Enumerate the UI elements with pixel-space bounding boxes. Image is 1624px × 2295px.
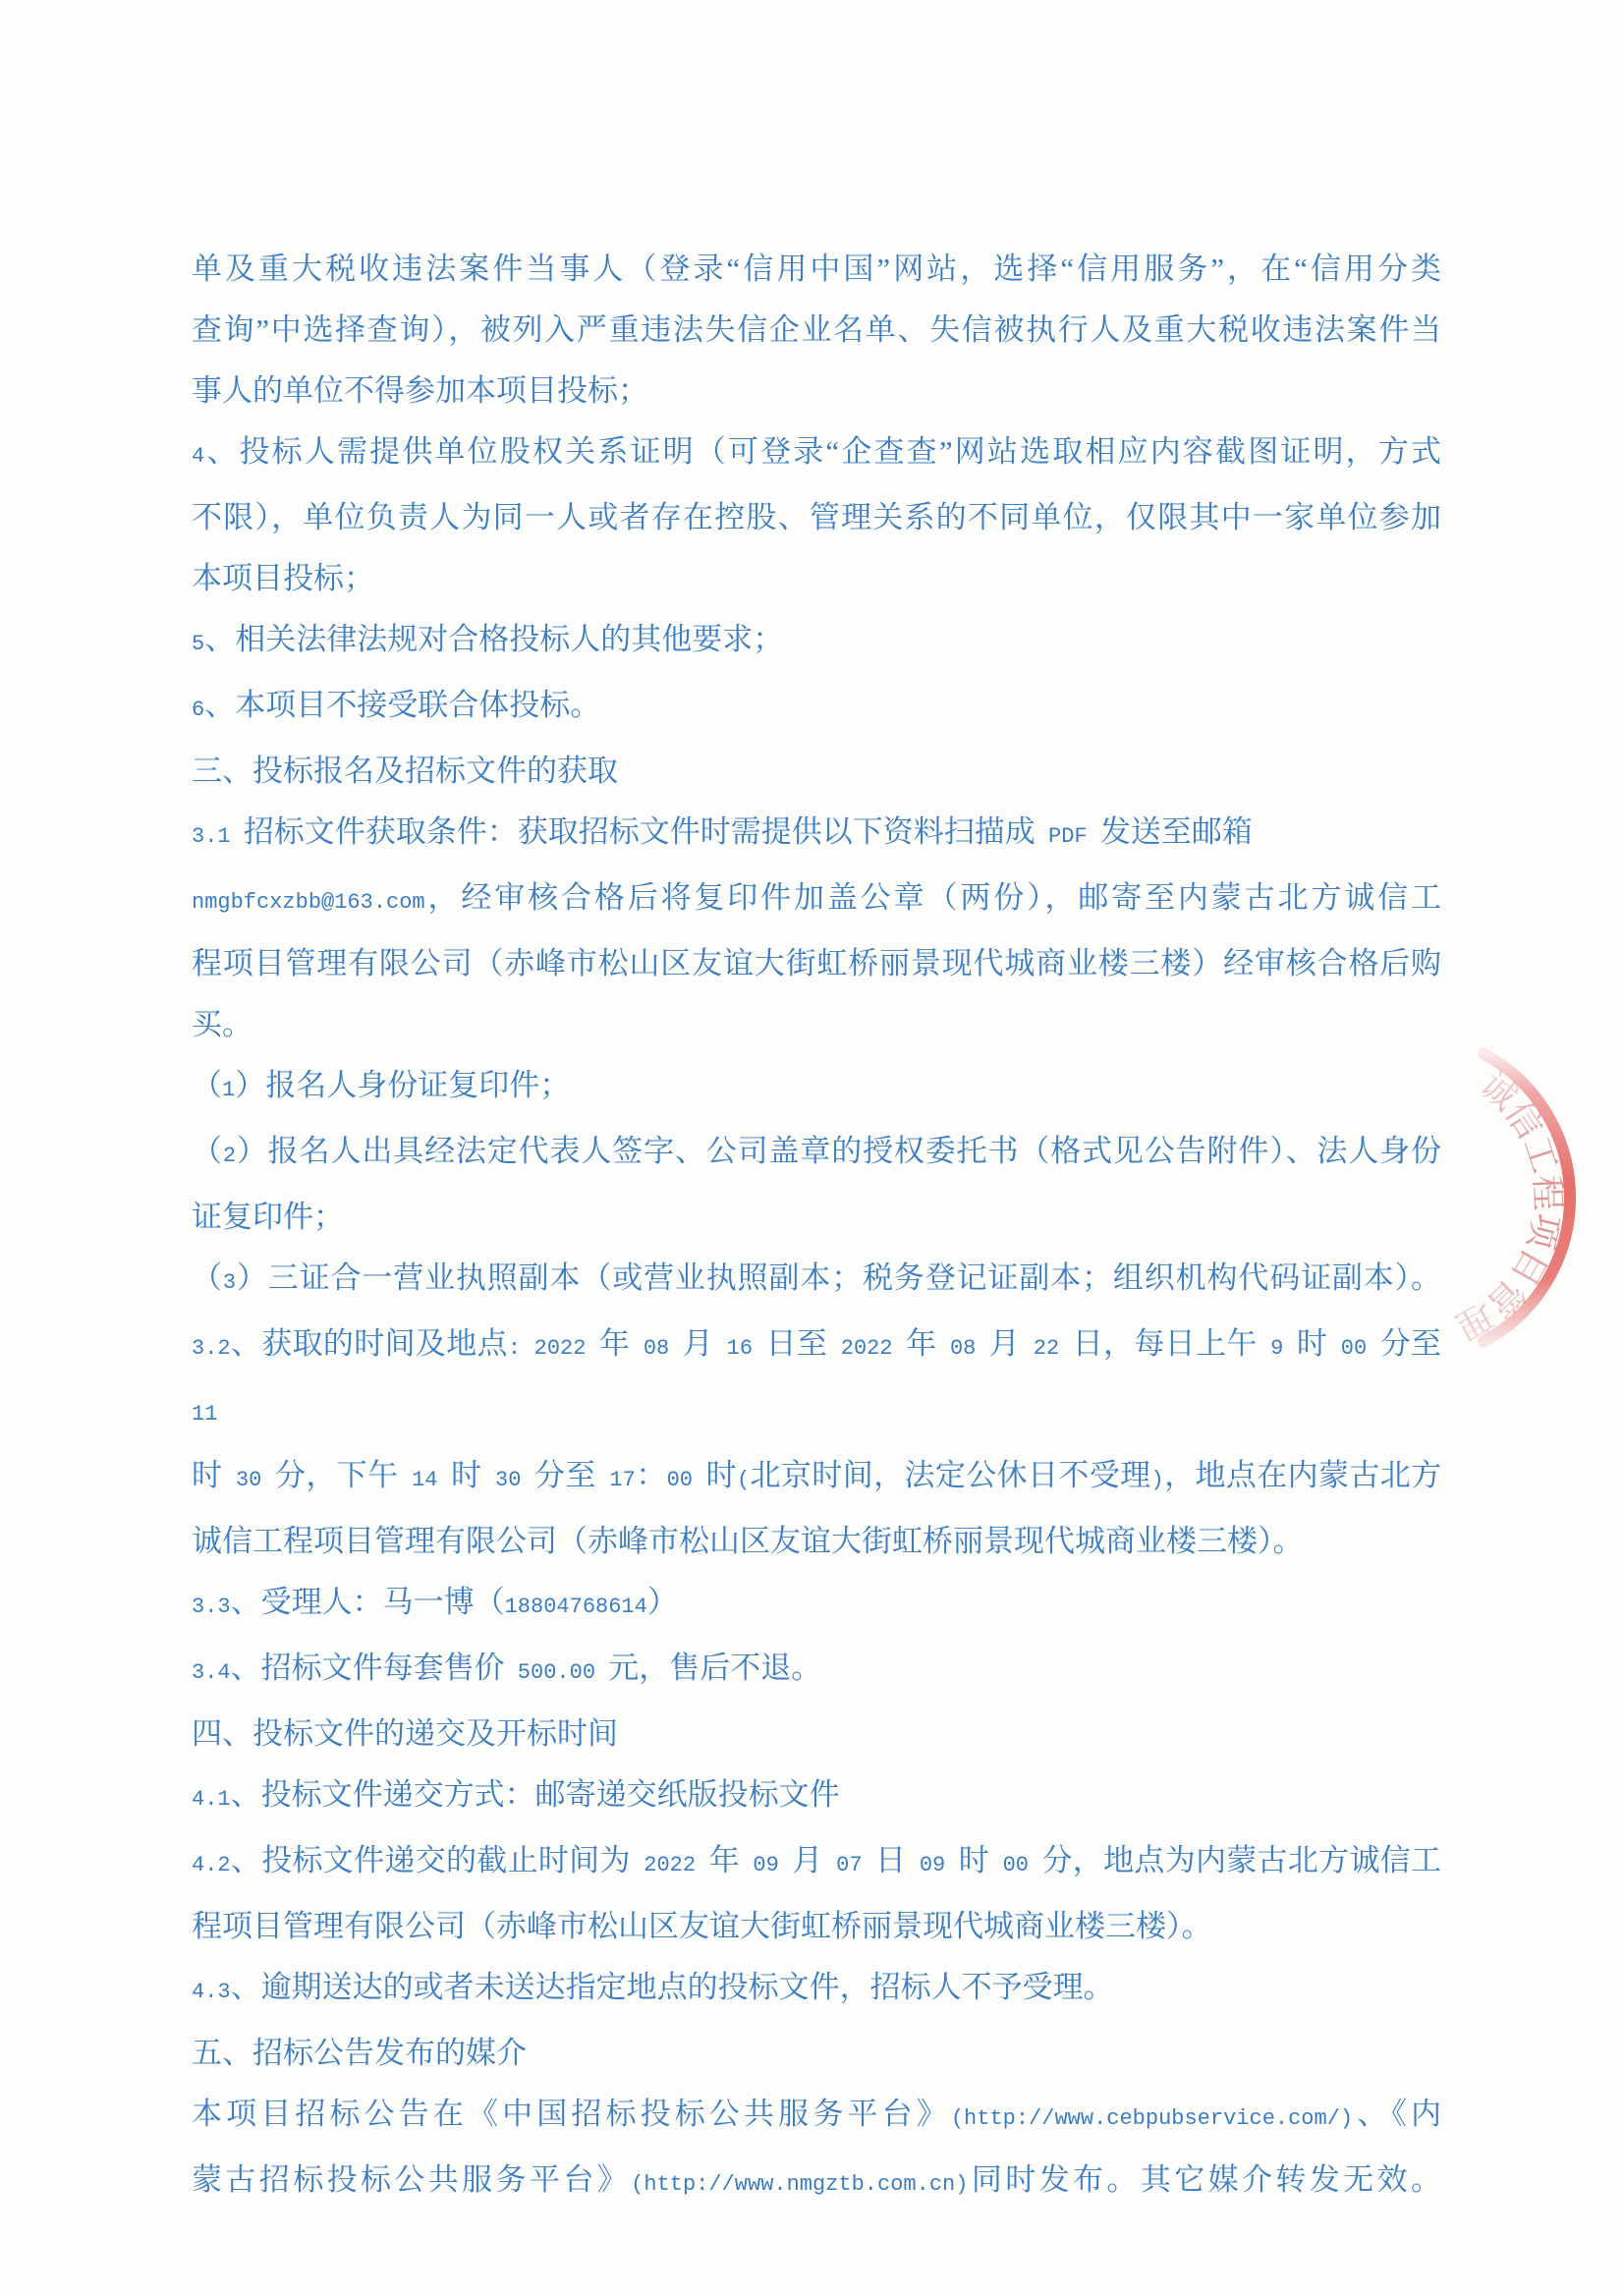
latin-text-run: 3.1 bbox=[192, 824, 244, 849]
text-line: （1）报名人身份证复印件； bbox=[192, 1055, 1441, 1121]
latin-text-run: 3.3 bbox=[192, 1595, 231, 1619]
text-line: 四、投标文件的递交及开标时间 bbox=[192, 1704, 1441, 1764]
latin-text-run: 07 bbox=[823, 1853, 875, 1877]
text-line: 程项目管理有限公司（赤峰市松山区友谊大街虹桥丽景现代城商业楼三楼）。 bbox=[192, 1896, 1441, 1957]
latin-text-run: 4 bbox=[192, 444, 204, 469]
latin-text-run: 09 bbox=[906, 1853, 958, 1877]
latin-text-run: PDF bbox=[1036, 824, 1100, 849]
seal-text: 诚信工程项目管理 bbox=[1450, 1065, 1568, 1347]
latin-text-run: (http://www.nmgztb.com.cn) bbox=[631, 2172, 968, 2197]
latin-text-run: 4.2 bbox=[192, 1853, 231, 1877]
text-line: nmgbfcxzbb@163.com，经审核合格后将复印件加盖公章（两份），邮寄… bbox=[192, 868, 1441, 933]
text-line: 单及重大税收违法案件当事人（登录“信用中国”网站，选择“信用服务”，在“信用分类 bbox=[192, 239, 1441, 300]
latin-text-run: 2022 bbox=[631, 1853, 709, 1877]
latin-text-run: 11 bbox=[192, 1402, 217, 1427]
seal-text-curve: 诚信工程项目管理 bbox=[1450, 1065, 1568, 1347]
document-page: 单及重大税收违法案件当事人（登录“信用中国”网站，选择“信用服务”，在“信用分类… bbox=[0, 0, 1624, 2295]
latin-text-run: (http://www.cebpubservice.com/) bbox=[951, 2106, 1353, 2131]
latin-text-run: 00 bbox=[1327, 1336, 1379, 1361]
text-line: 4.3、逾期送达的或者未送达指定地点的投标文件，招标人不予受理。 bbox=[192, 1957, 1441, 2023]
latin-text-run: 18804768614 bbox=[505, 1595, 647, 1619]
latin-text-run: 2022 bbox=[827, 1336, 906, 1361]
latin-text-run: 500.00 bbox=[505, 1660, 609, 1685]
latin-text-run: 4.1 bbox=[192, 1787, 231, 1812]
latin-text-run: 2 bbox=[223, 1144, 236, 1168]
text-line: 3.1 招标文件获取条件：获取招标文件时需提供以下资料扫描成 PDF 发送至邮箱 bbox=[192, 802, 1441, 868]
latin-text-run: 30 bbox=[481, 1468, 534, 1492]
latin-text-run: 30 bbox=[222, 1468, 275, 1492]
text-line: 买。 bbox=[192, 994, 1441, 1055]
text-line: 3.3、受理人：马一博（18804768614） bbox=[192, 1572, 1441, 1638]
latin-text-run: 09 bbox=[740, 1853, 792, 1877]
latin-text-run: 22 bbox=[1020, 1336, 1072, 1361]
text-line: 诚信工程项目管理有限公司（赤峰市松山区友谊大街虹桥丽景现代城商业楼三楼）。 bbox=[192, 1511, 1441, 1572]
document-body: 单及重大税收违法案件当事人（登录“信用中国”网站，选择“信用服务”，在“信用分类… bbox=[192, 239, 1441, 2215]
latin-text-run: 00 bbox=[667, 1468, 706, 1492]
latin-text-run: 1 bbox=[222, 1078, 235, 1102]
text-line: 查询”中选择查询），被列入严重违法失信企业名单、失信被执行人及重大税收违法案件当 bbox=[192, 300, 1441, 361]
text-line: 4、投标人需提供单位股权关系证明（可登录“企查查”网站选取相应内容截图证明，方式 bbox=[192, 421, 1441, 487]
text-line: 程项目管理有限公司（赤峰市松山区友谊大街虹桥丽景现代城商业楼三楼）经审核合格后购 bbox=[192, 933, 1441, 994]
text-line: 五、招标公告发布的媒介 bbox=[192, 2023, 1441, 2084]
latin-text-run: 3.4 bbox=[192, 1660, 231, 1685]
text-line: （2）报名人出具经法定代表人签字、公司盖章的授权委托书（格式见公告附件）、法人身… bbox=[192, 1121, 1441, 1187]
text-line: 4.2、投标文件递交的截止时间为 2022 年 09 月 07 日 09 时 0… bbox=[192, 1830, 1441, 1896]
text-line: 不限），单位负责人为同一人或者存在控股、管理关系的不同单位，仅限其中一家单位参加 bbox=[192, 487, 1441, 548]
latin-text-run: 3 bbox=[223, 1270, 236, 1295]
text-line: 5、相关法律法规对合格投标人的其他要求； bbox=[192, 609, 1441, 675]
latin-text-run: 5 bbox=[192, 632, 204, 656]
latin-text-run: 17 bbox=[596, 1468, 636, 1492]
text-line: 证复印件； bbox=[192, 1187, 1441, 1248]
text-line: （3）三证合一营业执照副本（或营业执照副本；税务登记证副本；组织机构代码证副本）… bbox=[192, 1248, 1441, 1314]
latin-text-run: 14 bbox=[399, 1468, 452, 1492]
text-line: 三、投标报名及招标文件的获取 bbox=[192, 741, 1441, 802]
text-line: 3.4、招标文件每套售价 500.00 元，售后不退。 bbox=[192, 1638, 1441, 1704]
latin-text-run: 00 bbox=[989, 1853, 1041, 1877]
latin-text-run: 08 bbox=[630, 1336, 682, 1361]
text-line: 6、本项目不接受联合体投标。 bbox=[192, 675, 1441, 741]
latin-text-run: 9 bbox=[1258, 1336, 1297, 1361]
text-line: 3.2、获取的时间及地点: 2022 年 08 月 16 日至 2022 年 0… bbox=[192, 1314, 1441, 1445]
latin-text-run: 08 bbox=[936, 1336, 988, 1361]
text-line: 蒙古招标投标公共服务平台》(http://www.nmgztb.com.cn)同… bbox=[192, 2150, 1441, 2215]
latin-text-run: 3.2 bbox=[192, 1336, 231, 1361]
seal-ring bbox=[1484, 1053, 1570, 1341]
latin-text-run: ( bbox=[737, 1468, 750, 1492]
text-line: 时 30 分，下午 14 时 30 分至 17：00 时(北京时间，法定公休日不… bbox=[192, 1445, 1441, 1511]
latin-text-run: nmgbfcxzbb@163.com bbox=[192, 890, 425, 915]
latin-text-run: 6 bbox=[192, 698, 204, 722]
latin-text-run: ) bbox=[1150, 1468, 1163, 1492]
latin-text-run: 16 bbox=[713, 1336, 765, 1361]
text-line: 本项目招标公告在《中国招标投标公共服务平台》(http://www.cebpub… bbox=[192, 2084, 1441, 2150]
latin-text-run: : 2022 bbox=[508, 1336, 599, 1361]
latin-text-run: 4.3 bbox=[192, 1980, 231, 2004]
text-line: 本项目投标； bbox=[192, 548, 1441, 609]
text-line: 4.1、投标文件递交方式：邮寄递交纸版投标文件 bbox=[192, 1764, 1441, 1830]
text-line: 事人的单位不得参加本项目投标； bbox=[192, 361, 1441, 421]
